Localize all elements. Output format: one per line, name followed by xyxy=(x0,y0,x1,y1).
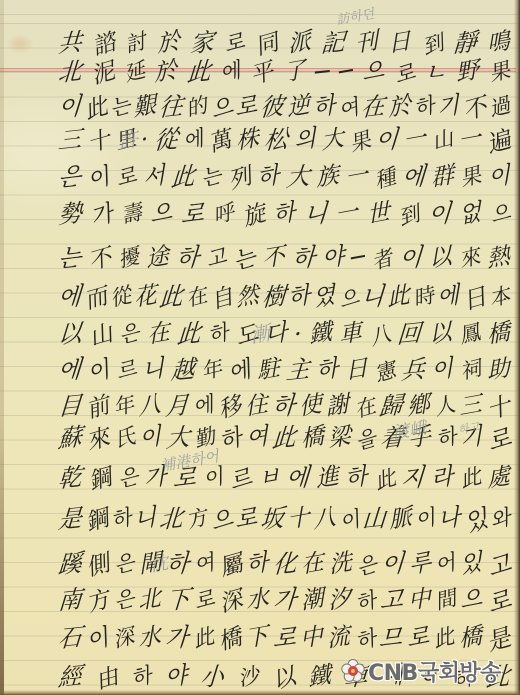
handwritten-glyph: 하 xyxy=(432,420,459,456)
handwritten-glyph: 大 xyxy=(320,122,345,158)
handwritten-glyph: 고 xyxy=(379,583,404,618)
handwritten-glyph: 者 xyxy=(368,242,397,279)
handwritten-glyph: 는 xyxy=(198,159,225,195)
handwritten-glyph: 一 xyxy=(344,159,369,195)
handwritten-glyph: 目 xyxy=(57,389,83,424)
handwritten-glyph: 鳳 xyxy=(455,316,483,352)
handwritten-glyph: 移 xyxy=(214,389,245,426)
handwritten-glyph: 은 xyxy=(57,160,82,195)
handwritten-glyph: 年 xyxy=(110,388,138,424)
manuscript-line-9: 以山은在此하도다·鐵車八回以鳳橋 xyxy=(58,318,510,350)
handwritten-glyph: 로 xyxy=(483,421,514,458)
handwritten-glyph: 果 xyxy=(346,124,375,161)
handwritten-glyph: 擾 xyxy=(114,240,142,276)
handwritten-glyph: 列 xyxy=(224,160,255,197)
handwritten-glyph: 이 xyxy=(374,123,399,158)
handwritten-glyph: 方 xyxy=(183,501,211,537)
handwritten-glyph: 野 xyxy=(455,54,480,90)
handwritten-glyph: 니 xyxy=(141,352,165,388)
handwritten-glyph: 蹊 xyxy=(57,547,83,582)
handwritten-glyph: 此 xyxy=(456,460,484,496)
handwritten-glyph: 하 xyxy=(351,622,379,658)
handwritten-glyph: 潮 xyxy=(300,582,325,618)
handwritten-glyph: 進 xyxy=(315,460,340,496)
handwritten-glyph: 群 xyxy=(430,159,455,195)
handwritten-glyph: · xyxy=(293,317,303,350)
handwritten-glyph: 平 xyxy=(247,55,278,92)
handwritten-glyph: 中 xyxy=(407,582,432,618)
manuscript-line-3: 이此는艱往的으로彼逆하여在於하기不過 xyxy=(58,91,510,123)
handwritten-glyph: 世 xyxy=(366,196,391,232)
handwritten-glyph: 呼 xyxy=(209,196,237,232)
manuscript-page: 共諮討於家로同派記刊日到靜鳴 北泥延於此에平了──으로ㄴ野果 이此는艱往的으로彼… xyxy=(0,0,520,695)
handwritten-glyph: 이 xyxy=(398,241,423,276)
handwritten-glyph: 이 xyxy=(487,159,511,195)
handwritten-glyph: 로 xyxy=(112,159,139,195)
handwritten-glyph: 是 xyxy=(57,502,83,537)
handwritten-glyph: ─ xyxy=(350,241,366,276)
handwritten-glyph: 兵 xyxy=(400,353,426,388)
handwritten-glyph: ㅂ xyxy=(257,460,281,496)
handwritten-glyph: 北 xyxy=(158,502,184,537)
handwritten-glyph: 十 xyxy=(483,389,515,426)
handwritten-glyph: 이 xyxy=(412,501,439,537)
handwritten-glyph: 하 xyxy=(272,196,296,232)
handwritten-glyph: 以 xyxy=(428,240,453,276)
handwritten-glyph: 로 xyxy=(234,89,258,125)
watermark-text: CNB국회방송 xyxy=(368,656,501,687)
handwritten-glyph: 泥 xyxy=(88,55,119,92)
manuscript-line-17: 石이深水가此橋下로中流하므로此橋是 xyxy=(58,622,510,654)
handwritten-glyph: 는 xyxy=(229,241,259,278)
national-assembly-emblem-icon xyxy=(340,658,366,684)
handwritten-glyph: 逆 xyxy=(286,89,311,125)
handwritten-glyph: 果 xyxy=(485,54,513,90)
handwritten-glyph: 彼 xyxy=(259,90,285,125)
handwritten-glyph: 橋 xyxy=(458,620,483,656)
handwritten-glyph: 에 xyxy=(285,461,310,496)
handwritten-glyph: ㄴ xyxy=(423,55,448,90)
handwritten-glyph: 了 xyxy=(282,54,307,90)
handwritten-glyph: 은 xyxy=(110,582,137,618)
handwritten-glyph: 在 xyxy=(146,316,171,352)
handwritten-glyph: 에 xyxy=(401,160,426,195)
handwritten-glyph: 은 xyxy=(110,546,137,582)
handwritten-glyph: 鐵 xyxy=(308,316,333,352)
handwritten-glyph: 없 xyxy=(458,196,482,232)
handwritten-glyph: 方 xyxy=(83,583,114,620)
handwritten-glyph: 坂 xyxy=(259,502,285,537)
manuscript-line-16: 南方은北下로深水가潮汐하고中間으로 xyxy=(58,584,510,616)
handwritten-glyph: 松 xyxy=(263,123,289,158)
handwritten-glyph: 時 xyxy=(410,279,438,315)
handwritten-glyph: 으 xyxy=(486,196,513,232)
handwritten-glyph: 루 xyxy=(408,546,432,582)
handwritten-glyph: 然 xyxy=(235,279,260,315)
handwritten-glyph: 此 xyxy=(158,280,184,315)
handwritten-glyph: 日 xyxy=(344,352,369,388)
handwritten-glyph: 駐 xyxy=(256,352,281,388)
handwritten-glyph: 使 xyxy=(298,388,323,424)
handwritten-glyph: 야 xyxy=(321,240,345,276)
handwritten-glyph: 處 xyxy=(486,460,511,496)
handwritten-glyph: 間 xyxy=(431,582,459,618)
handwritten-glyph: 하 xyxy=(165,547,190,582)
handwritten-glyph: 하 xyxy=(315,352,339,388)
handwritten-glyph: 이 xyxy=(57,90,82,125)
handwritten-glyph: 하 xyxy=(287,279,311,315)
handwritten-glyph: 此 xyxy=(271,421,297,456)
handwritten-glyph: 十 xyxy=(84,123,115,160)
handwritten-glyph: 의 xyxy=(293,122,317,158)
handwritten-glyph: 을 xyxy=(352,422,380,458)
handwritten-glyph: 年 xyxy=(197,352,225,388)
handwritten-glyph: 在 xyxy=(300,546,325,582)
handwritten-glyph: 서 xyxy=(142,159,166,195)
handwritten-glyph: 化 xyxy=(272,547,298,582)
handwritten-glyph: 種 xyxy=(371,161,400,198)
handwritten-glyph: 此 xyxy=(387,279,412,315)
handwritten-glyph: 的 xyxy=(182,89,210,125)
handwritten-glyph: 在 xyxy=(183,279,211,315)
handwritten-glyph: 此 xyxy=(176,317,202,352)
handwritten-glyph: 하 xyxy=(312,89,336,125)
handwritten-glyph: 熱 xyxy=(486,240,511,276)
handwritten-glyph: 水 xyxy=(137,620,162,656)
handwritten-glyph: 어 xyxy=(432,546,459,582)
handwritten-glyph: 에 xyxy=(217,54,244,90)
handwritten-glyph: 이 xyxy=(426,197,451,232)
handwritten-glyph: 하 xyxy=(291,241,316,276)
handwritten-glyph: 住 xyxy=(244,388,269,424)
handwritten-glyph: 하 xyxy=(216,421,246,458)
manuscript-line-11: 目前年八月에移住하使謝在歸鄕人三十 xyxy=(58,390,510,422)
handwritten-glyph: 屬 xyxy=(215,547,246,584)
handwritten-glyph: 므 xyxy=(378,621,403,656)
handwritten-glyph: 하 xyxy=(174,241,199,276)
handwritten-glyph: 於 xyxy=(153,54,178,90)
handwritten-glyph: 하 xyxy=(256,159,280,195)
manuscript-line-8: 에而從花此在自然樹하였으니此時에日本 xyxy=(58,281,510,313)
handwritten-glyph: 主 xyxy=(285,353,311,388)
manuscript-line-6: 勢가壽으로呼旋하니一世到이없으 xyxy=(58,198,510,230)
handwritten-glyph: 祠 xyxy=(456,352,484,388)
handwritten-glyph: 은 xyxy=(116,316,143,352)
handwritten-glyph: 在 xyxy=(350,390,379,427)
manuscript-line-13: 乾鋼은가로이르ㅂ에進하此지라此處 xyxy=(58,462,510,494)
handwritten-glyph: 脈 xyxy=(388,501,413,537)
handwritten-glyph: 기 xyxy=(436,89,460,125)
handwritten-glyph: 在 xyxy=(360,90,386,125)
handwritten-glyph: 以 xyxy=(57,317,83,352)
handwritten-glyph: 에 xyxy=(225,353,255,390)
handwritten-glyph: 艱 xyxy=(132,89,157,125)
handwritten-glyph: 勢 xyxy=(57,197,83,232)
handwritten-glyph: 고 xyxy=(483,547,514,584)
handwritten-glyph: 此 xyxy=(170,160,196,195)
handwritten-glyph: 果 xyxy=(457,159,485,195)
handwritten-glyph: 였 xyxy=(312,279,336,315)
handwritten-glyph: 流 xyxy=(326,620,351,656)
handwritten-glyph: 人 xyxy=(430,388,458,424)
handwritten-glyph: 이 xyxy=(84,160,114,197)
handwritten-glyph: 橋 xyxy=(215,621,246,658)
handwritten-glyph: 途 xyxy=(145,240,170,276)
handwritten-glyph: 있 xyxy=(459,546,483,582)
handwritten-glyph: 大 xyxy=(284,160,310,195)
handwritten-glyph: 로 xyxy=(190,582,217,618)
handwritten-glyph: 此 xyxy=(186,55,212,90)
handwritten-glyph: 가 xyxy=(272,583,297,618)
handwritten-glyph: 가 xyxy=(164,621,189,656)
handwritten-glyph: 는 xyxy=(57,241,82,276)
handwritten-glyph: 로 xyxy=(180,197,205,232)
handwritten-glyph: 從 xyxy=(153,123,179,158)
handwritten-glyph: 고 xyxy=(202,240,229,276)
handwritten-glyph: · xyxy=(140,123,149,156)
handwritten-glyph: 延 xyxy=(120,54,148,90)
handwritten-glyph: 로 xyxy=(391,56,419,92)
handwritten-glyph: 은 xyxy=(353,548,381,584)
handwritten-glyph: 으 xyxy=(206,90,236,127)
handwritten-glyph: 石 xyxy=(57,621,83,656)
handwritten-glyph: 로 xyxy=(272,621,297,656)
manuscript-line-14: 是鋼하니北方으로坂十八이山脈이나있와 xyxy=(58,503,510,535)
handwritten-glyph: 到 xyxy=(395,198,424,235)
handwritten-glyph: 南 xyxy=(57,583,83,618)
manuscript-line-10: 에이르니越年에駐主하日憲兵이祠助 xyxy=(58,354,510,386)
handwritten-glyph: 一 xyxy=(334,196,359,232)
handwritten-glyph: 하 xyxy=(410,89,437,125)
handwritten-glyph: 乾 xyxy=(57,461,83,496)
handwritten-glyph: 지 xyxy=(400,461,425,496)
handwritten-glyph: 越 xyxy=(170,353,196,388)
handwritten-glyph: 橋 xyxy=(486,316,511,352)
handwritten-glyph: 不 xyxy=(261,240,286,276)
manuscript-line-7: 는不擾途하고는不하야─者이以來熱 xyxy=(58,242,510,274)
handwritten-glyph: 梁 xyxy=(327,420,352,456)
handwritten-glyph: 山 xyxy=(361,502,387,537)
handwritten-glyph: ─ xyxy=(338,55,354,90)
handwritten-glyph: 이 xyxy=(336,503,364,539)
handwritten-glyph: 下 xyxy=(244,620,269,656)
handwritten-glyph: 라 xyxy=(430,460,454,496)
handwritten-glyph: 八 xyxy=(312,501,337,537)
handwritten-glyph: 에 xyxy=(57,280,82,315)
handwritten-glyph: 憲 xyxy=(370,354,399,391)
handwritten-glyph: 壽 xyxy=(117,196,145,232)
handwritten-glyph: 八 xyxy=(137,388,162,424)
handwritten-glyph: 르 xyxy=(112,352,139,388)
handwritten-glyph: 往 xyxy=(158,90,184,125)
handwritten-glyph: 으 xyxy=(459,582,483,618)
handwritten-glyph: 이 xyxy=(84,353,114,390)
handwritten-glyph: 中 xyxy=(299,620,324,656)
broadcaster-watermark: CNB국회방송 xyxy=(340,656,501,686)
handwritten-glyph: 十 xyxy=(286,501,311,537)
handwritten-glyph: 으 xyxy=(335,281,363,317)
handwritten-glyph: 니 xyxy=(133,501,157,537)
handwritten-glyph: 謝 xyxy=(325,388,350,424)
handwritten-glyph: 르 xyxy=(226,461,256,498)
handwritten-glyph: 에 xyxy=(57,353,82,388)
manuscript-line-12: 蘇來氏이大勤하여此橋梁을着手하기로 xyxy=(58,422,510,454)
handwritten-glyph: 橋 xyxy=(300,420,325,456)
handwritten-glyph: 은 xyxy=(114,460,141,496)
handwritten-glyph: 北 xyxy=(57,55,83,90)
handwritten-glyph: 來 xyxy=(83,421,114,458)
handwritten-glyph: 로 xyxy=(406,620,430,656)
handwritten-glyph: 汐 xyxy=(327,582,352,618)
handwritten-glyph: 니 xyxy=(303,197,328,232)
handwritten-glyph: 山 xyxy=(86,317,117,354)
handwritten-glyph: 鋼 xyxy=(85,461,116,498)
handwritten-glyph: 이 xyxy=(430,352,454,388)
handwritten-glyph: 萬 xyxy=(205,123,236,160)
handwritten-glyph: 不 xyxy=(85,241,116,278)
handwritten-glyph: 側 xyxy=(83,547,114,584)
handwritten-glyph: 하 xyxy=(271,389,296,424)
handwritten-glyph: 此 xyxy=(371,462,400,499)
handwritten-glyph: 此 xyxy=(430,620,458,656)
handwritten-glyph: 하 xyxy=(352,584,380,620)
handwritten-glyph: 여 xyxy=(190,546,217,582)
handwritten-glyph: 로 xyxy=(483,583,514,620)
handwritten-glyph: 니 xyxy=(360,280,385,315)
handwritten-glyph: 水 xyxy=(245,582,270,618)
handwritten-glyph: 으 xyxy=(361,54,385,90)
manuscript-line-2: 北泥延於此에平了──으로ㄴ野果 xyxy=(58,56,510,88)
handwritten-glyph: 하 xyxy=(245,546,269,582)
handwritten-glyph: 이 xyxy=(138,420,162,456)
handwritten-glyph: 이 xyxy=(83,621,113,658)
handwritten-glyph: 氏 xyxy=(110,420,138,456)
manuscript-line-15: 蹊側은閘하여屬하化在洗은이루어있고 xyxy=(58,548,510,580)
handwritten-glyph: 나 xyxy=(437,501,461,537)
handwritten-glyph: 此 xyxy=(189,620,217,656)
handwritten-glyph: 車 xyxy=(338,316,363,352)
handwritten-glyph: 三 xyxy=(57,123,83,158)
handwritten-glyph: 洗 xyxy=(328,546,353,582)
handwritten-glyph: 一 xyxy=(402,122,427,158)
handwritten-glyph: 하 xyxy=(204,316,231,352)
handwritten-glyph: 助 xyxy=(486,352,511,388)
handwritten-glyph: 로 xyxy=(234,501,258,537)
paper-edge-bottom xyxy=(0,690,520,695)
paper-edge-left xyxy=(0,0,4,695)
handwritten-glyph: 山 xyxy=(428,122,456,158)
handwritten-glyph: 北 xyxy=(137,582,162,618)
handwritten-glyph: 花 xyxy=(133,279,158,315)
handwritten-glyph: 이 xyxy=(380,547,405,582)
handwritten-glyph: 가 xyxy=(87,197,117,234)
handwritten-glyph: 於 xyxy=(387,89,412,125)
handwritten-glyph: 族 xyxy=(315,159,340,195)
handwritten-glyph: 是 xyxy=(482,621,514,658)
handwritten-glyph: 深 xyxy=(109,620,137,656)
handwritten-glyph: 以 xyxy=(428,316,453,352)
handwritten-glyph: 에 xyxy=(179,122,206,158)
handwritten-glyph: 蘇 xyxy=(57,421,83,456)
handwritten-glyph: 深 xyxy=(215,583,246,620)
handwritten-glyph: 一 xyxy=(457,122,482,158)
handwritten-glyph: 來 xyxy=(456,240,484,276)
handwritten-glyph: ─ xyxy=(314,55,331,89)
handwritten-glyph: 에 xyxy=(436,279,460,315)
handwritten-glyph: 遍 xyxy=(482,123,514,160)
handwritten-glyph: 旋 xyxy=(238,197,269,234)
handwritten-glyph: 自 xyxy=(207,280,238,317)
handwritten-glyph: 으 xyxy=(149,196,173,232)
handwritten-glyph: 八 xyxy=(366,318,395,355)
manuscript-line-5: 은이로서此는列하大族一種에群果이 xyxy=(58,161,510,193)
handwritten-glyph: 하 xyxy=(344,460,368,496)
handwritten-glyph: 回 xyxy=(396,317,422,352)
handwritten-glyph: 下 xyxy=(165,583,191,618)
paper-edge-right xyxy=(514,0,520,695)
handwritten-glyph: 으 xyxy=(207,502,237,539)
handwritten-glyph: 月 xyxy=(164,389,190,424)
handwritten-glyph: 에 xyxy=(190,388,217,424)
handwritten-glyph: 여 xyxy=(245,420,269,456)
handwritten-glyph: 樹 xyxy=(260,280,286,315)
handwritten-glyph: 株 xyxy=(235,122,260,158)
